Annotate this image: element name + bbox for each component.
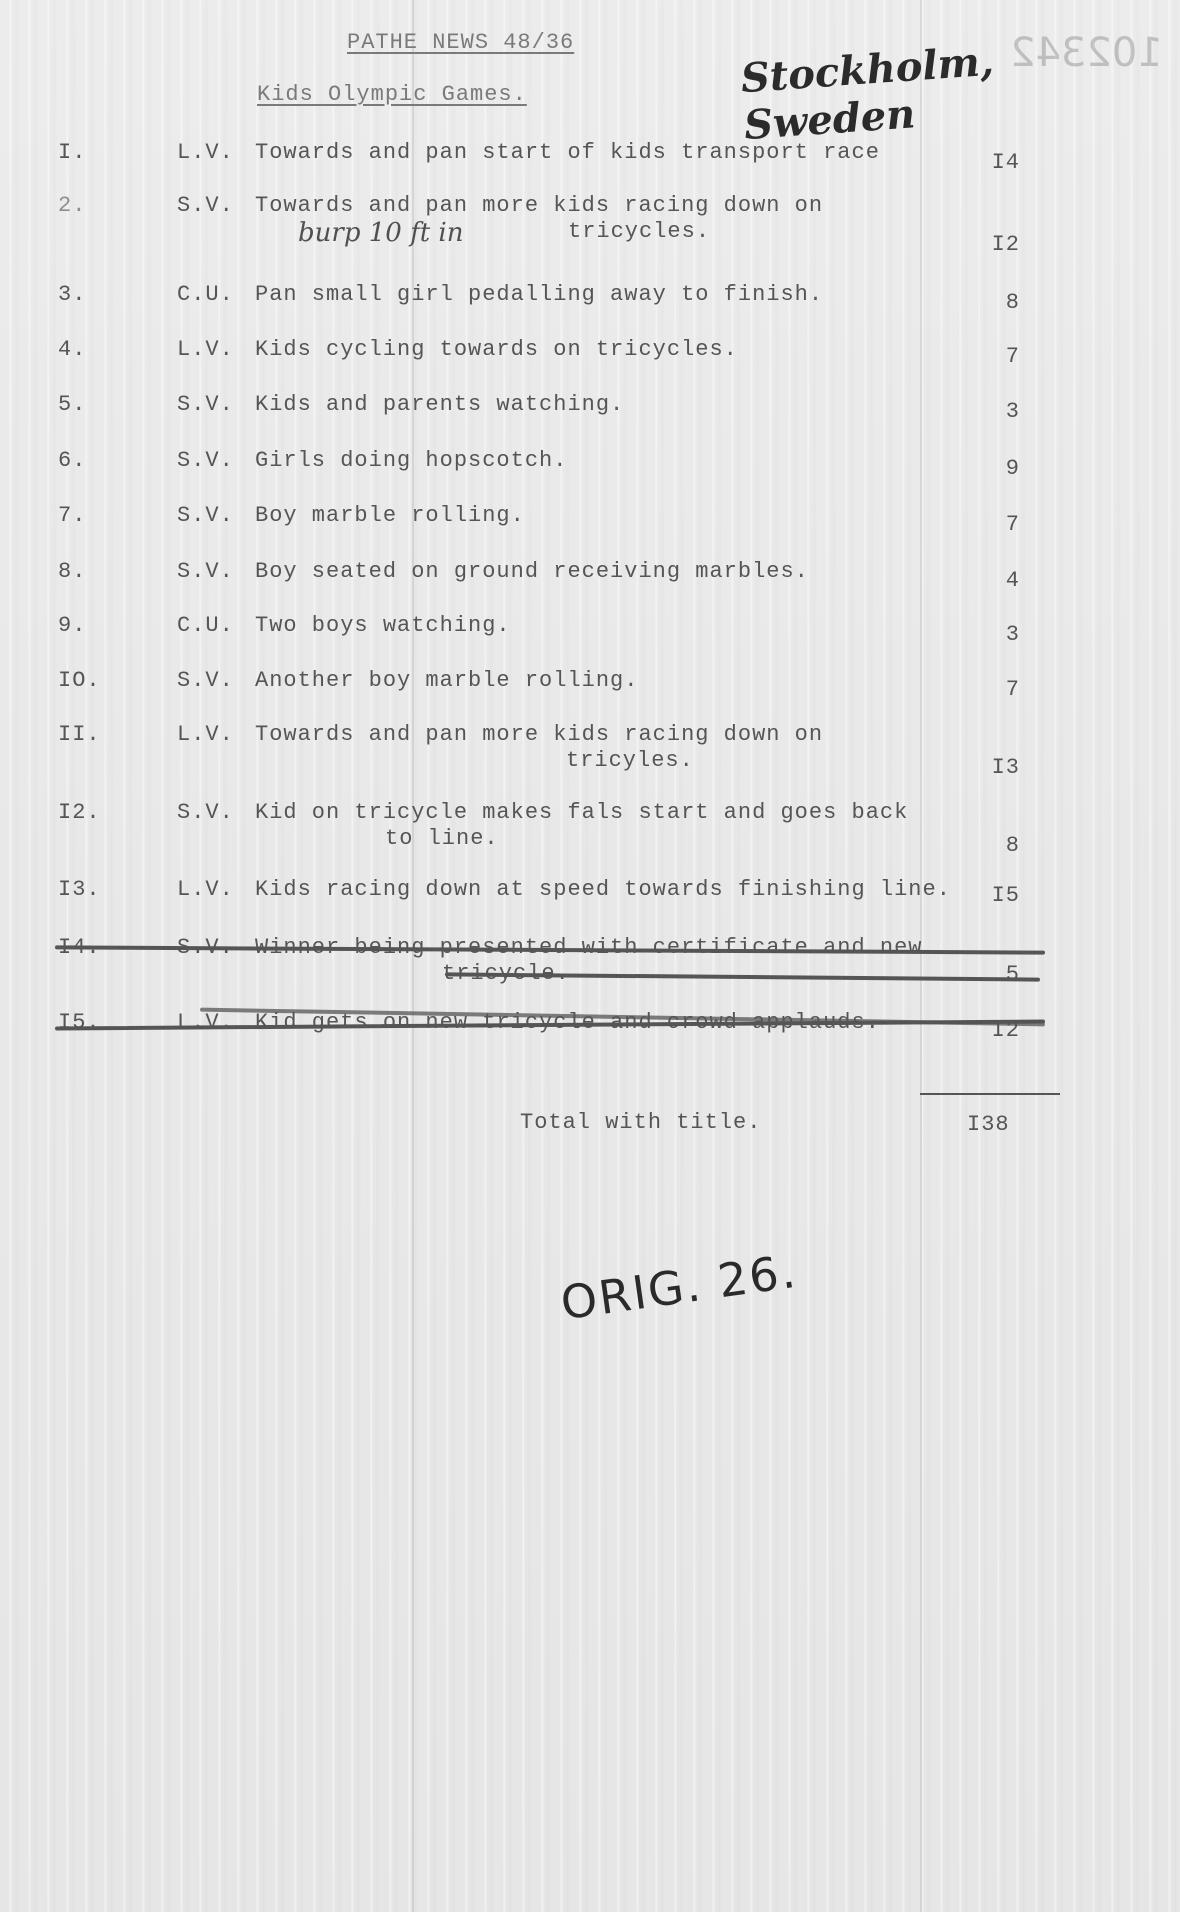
document-subtitle: Kids Olympic Games. <box>257 82 527 107</box>
shot-footage: I5 <box>960 883 1020 908</box>
shot-description: Towards and pan start of kids transport … <box>255 140 880 165</box>
shot-number: 6. <box>58 448 86 473</box>
shot-footage: 7 <box>960 512 1020 537</box>
shot-footage: 4 <box>960 568 1020 593</box>
shot-footage: 3 <box>960 622 1020 647</box>
shot-number: I3. <box>58 877 101 902</box>
shot-number: 5. <box>58 392 86 417</box>
shot-footage: 8 <box>960 290 1020 315</box>
shot-number: 3. <box>58 282 86 307</box>
shot-number: I5. <box>58 1010 101 1035</box>
shot-footage: 7 <box>960 344 1020 369</box>
shot-footage: 3 <box>960 399 1020 424</box>
shot-type: S.V. <box>177 448 234 473</box>
shot-type: L.V. <box>177 140 234 165</box>
shot-description: Kid on tricycle makes fals start and goe… <box>255 800 908 825</box>
shot-number: 2. <box>58 193 86 218</box>
shot-type: S.V. <box>177 668 234 693</box>
shot-number: IO. <box>58 668 101 693</box>
shot-type: S.V. <box>177 392 234 417</box>
shot-description-continued: tricyles. <box>566 748 694 773</box>
total-rule <box>920 1093 1060 1095</box>
shot-type: L.V. <box>177 337 234 362</box>
shot-type: S.V. <box>177 193 234 218</box>
shot-description-continued: tricycles. <box>568 219 710 244</box>
shot-footage: I3 <box>960 755 1020 780</box>
shot-number: II. <box>58 722 101 747</box>
shot-description-continued: to line. <box>385 826 499 851</box>
document-header: PATHE NEWS 48/36 <box>347 30 574 55</box>
shot-description: Girls doing hopscotch. <box>255 448 567 473</box>
shot-footage: 5 <box>960 962 1020 987</box>
total-value: I38 <box>967 1112 1010 1137</box>
shot-footage: 7 <box>960 677 1020 702</box>
shot-description: Another boy marble rolling. <box>255 668 638 693</box>
shot-description: Kids and parents watching. <box>255 392 624 417</box>
shot-type: L.V. <box>177 877 234 902</box>
shot-footage: I4 <box>960 150 1020 175</box>
shot-number: I. <box>58 140 86 165</box>
shot-type: S.V. <box>177 559 234 584</box>
shot-description: Boy seated on ground receiving marbles. <box>255 559 809 584</box>
shot-number: 4. <box>58 337 86 362</box>
shot-footage: I2 <box>960 232 1020 257</box>
shot-type: C.U. <box>177 613 234 638</box>
shot-description: Kids racing down at speed towards finish… <box>255 877 951 902</box>
shot-footage: 8 <box>960 833 1020 858</box>
shot-number: 8. <box>58 559 86 584</box>
shot-description: Two boys watching. <box>255 613 511 638</box>
shot-description: Kids cycling towards on tricycles. <box>255 337 738 362</box>
shot-footage: 9 <box>960 456 1020 481</box>
shot-type: S.V. <box>177 800 234 825</box>
shot-number: 7. <box>58 503 86 528</box>
shot-number: I2. <box>58 800 101 825</box>
total-label: Total with title. <box>520 1110 761 1135</box>
shot-type: C.U. <box>177 282 234 307</box>
shot-type: L.V. <box>177 722 234 747</box>
handwritten-note: burp 10 ft in <box>298 218 463 248</box>
shot-description: Towards and pan more kids racing down on <box>255 722 823 747</box>
reverse-stamp-number: 102342 <box>1010 30 1163 76</box>
shot-type: L.V. <box>177 1010 234 1035</box>
shot-type: S.V. <box>177 503 234 528</box>
shot-number: 9. <box>58 613 86 638</box>
shot-description: Boy marble rolling. <box>255 503 525 528</box>
shot-description: Towards and pan more kids racing down on <box>255 193 823 218</box>
shot-description: Pan small girl pedalling away to finish. <box>255 282 823 307</box>
